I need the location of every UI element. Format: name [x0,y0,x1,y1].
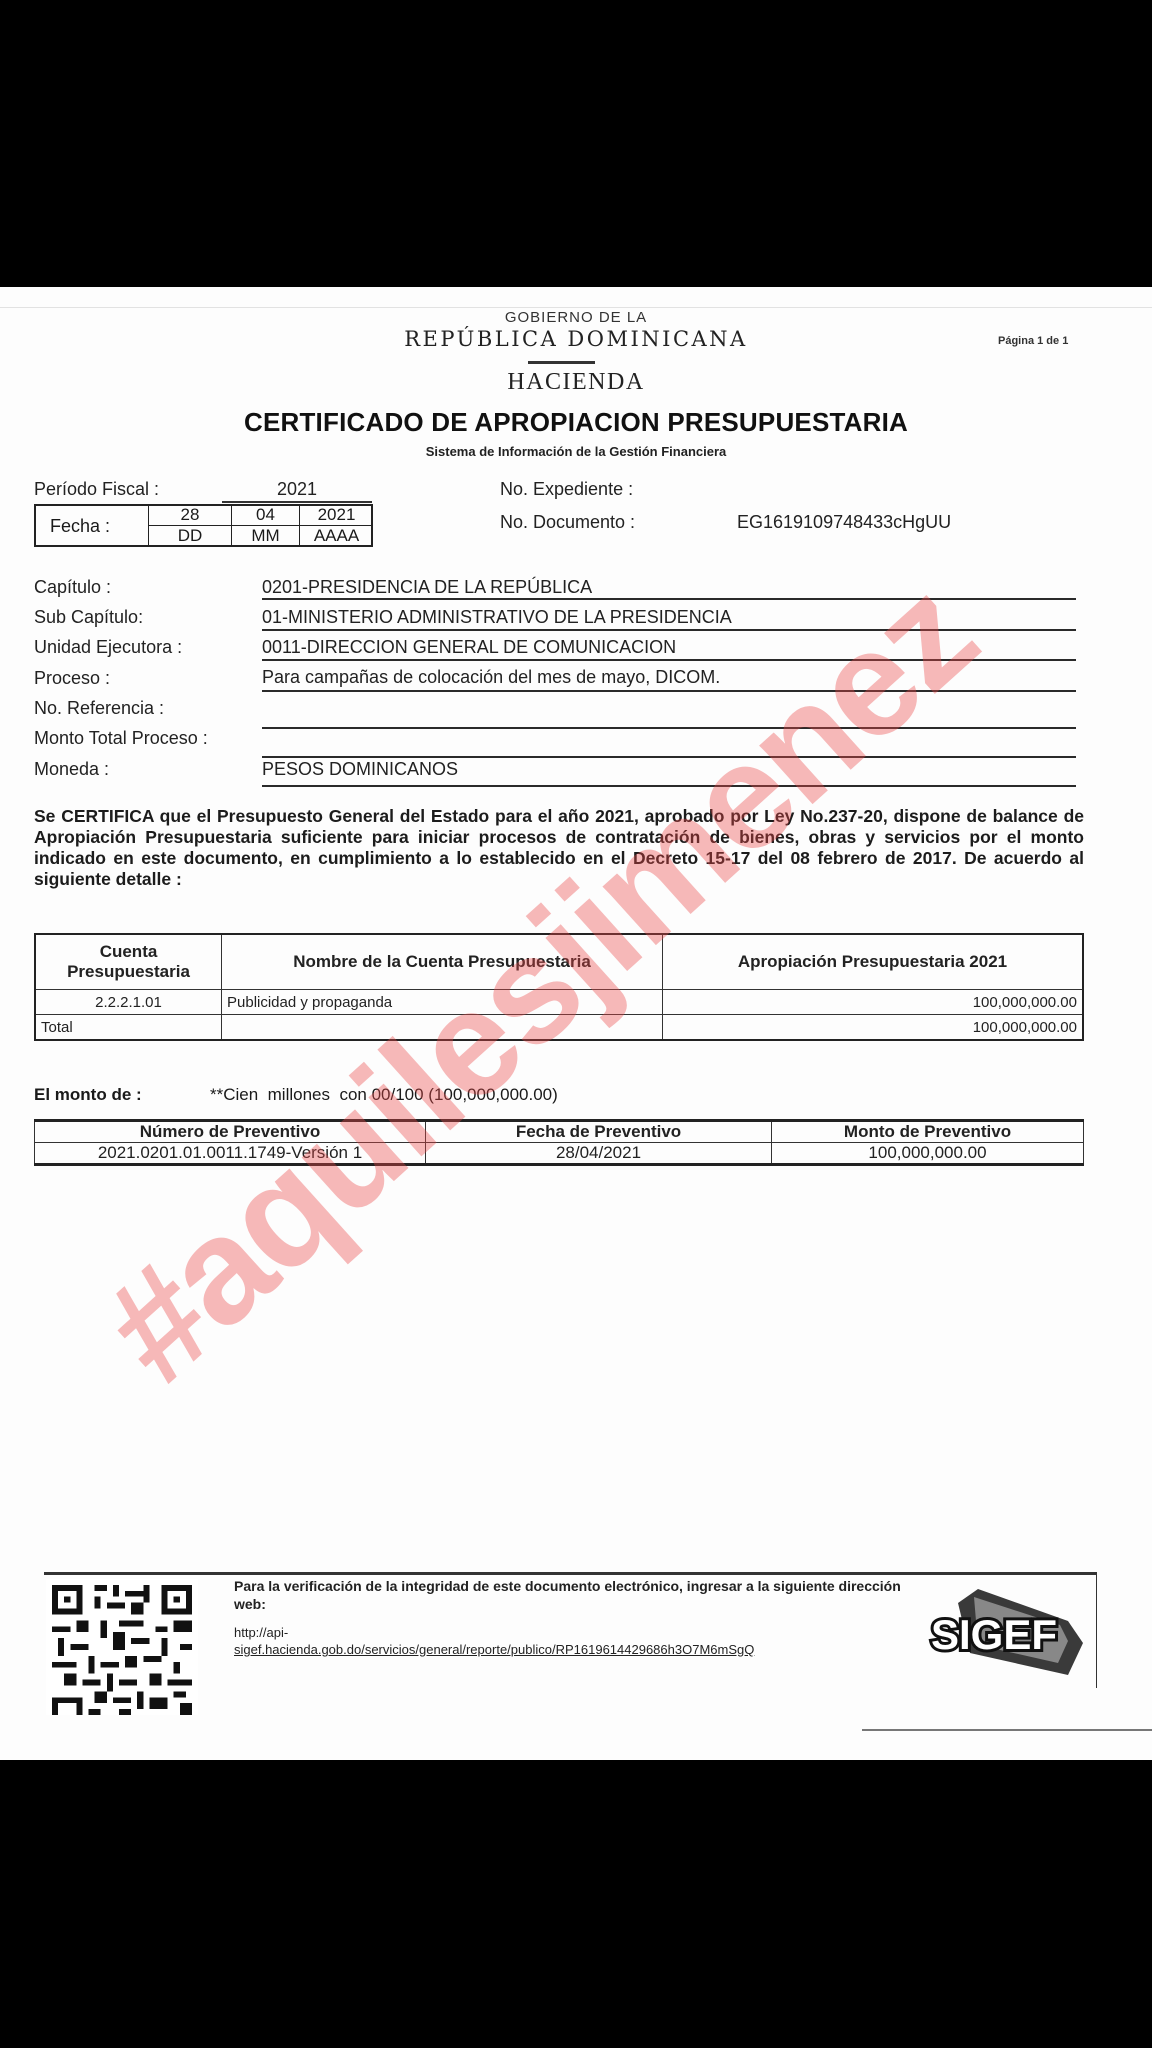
unidad-ejecutora-value: 0011-DIRECCION GENERAL DE COMUNICACION [262,637,676,658]
monto-value: **Cien millones con 00/100 (100,000,000.… [210,1085,558,1105]
gobierno-label: GOBIERNO DE LA [0,309,1152,326]
subcapitulo-label: Sub Capítulo: [34,607,143,628]
fecha-day: 28 [149,505,231,525]
field-underline [262,690,1076,692]
col-cuenta: Cuenta Presupuestaria [35,934,222,990]
republica-label: REPÚBLICA DOMINICANA [0,327,1152,351]
moneda-label: Moneda : [34,759,109,780]
fecha-label: Fecha : [50,516,110,537]
header-divider [528,361,595,364]
proceso-value: Para campañas de colocación del mes de m… [262,667,720,688]
footer-rule [862,1729,1152,1731]
field-underline [262,598,1076,600]
col-nombre: Nombre de la Cuenta Presupuestaria [222,934,663,990]
total-row: Total 100,000,000.00 [35,1015,1083,1041]
page-edge [0,307,1152,308]
nombre-cell: Publicidad y propaganda [222,990,663,1015]
fecha-dd-caption: DD [149,526,231,546]
referencia-label: No. Referencia : [34,698,164,719]
field-underline [262,659,1076,661]
col-apropiacion: Apropiación Presupuestaria 2021 [663,934,1084,990]
monto-cell: 100,000,000.00 [663,990,1084,1015]
table-row: 2.2.2.1.01 Publicidad y propaganda 100,0… [35,990,1083,1015]
fecha-mm-caption: MM [232,526,299,546]
subcapitulo-value: 01-MINISTERIO ADMINISTRATIVO DE LA PRESI… [262,607,732,628]
periodo-fiscal-value: 2021 [222,479,372,500]
verification-url[interactable]: http://api- sigef.hacienda.gob.do/servic… [234,1624,754,1658]
documento-value: EG1619109748433cHgUU [737,512,951,533]
table-header-row: Cuenta Presupuestaria Nombre de la Cuent… [35,934,1083,990]
url-line-1[interactable]: http://api- [234,1624,754,1641]
capitulo-value: 0201-PRESIDENCIA DE LA REPÚBLICA [262,577,592,598]
table-row: 2021.0201.01.0011.1749-Versión 1 28/04/2… [35,1143,1084,1165]
cuenta-cell: 2.2.2.1.01 [35,990,222,1015]
field-underline [262,727,1076,729]
total-label: Total [35,1015,222,1041]
total-value: 100,000,000.00 [663,1015,1084,1041]
certification-text: Se CERTIFICA que el Presupuesto General … [34,806,1084,890]
periodo-underline [222,501,372,503]
verification-instructions: Para la verificación de la integridad de… [234,1577,934,1613]
col-monto-preventivo: Monto de Preventivo [772,1121,1084,1143]
qr-code-icon[interactable] [46,1579,198,1715]
certificate-page: GOBIERNO DE LA REPÚBLICA DOMINICANA HACI… [0,287,1152,1760]
sigef-logo-icon: SIGEF [918,1583,1086,1683]
field-underline [262,785,1076,787]
hacienda-label: HACIENDA [0,369,1152,396]
fecha-month: 04 [232,505,299,525]
document-title: CERTIFICADO DE APROPIACION PRESUPUESTARI… [0,407,1152,438]
fecha-preventivo: 28/04/2021 [426,1143,772,1165]
svg-text:SIGEF: SIGEF [931,1611,1057,1658]
document-subtitle: Sistema de Información de la Gestión Fin… [0,444,1152,459]
budget-table: Cuenta Presupuestaria Nombre de la Cuent… [34,933,1084,1041]
monto-preventivo: 100,000,000.00 [772,1143,1084,1165]
url-line-2[interactable]: sigef.hacienda.gob.do/servicios/general/… [234,1641,754,1658]
monto-total-label: Monto Total Proceso : [34,728,208,749]
fecha-year: 2021 [300,505,373,525]
moneda-value: PESOS DOMINICANOS [262,759,458,780]
total-empty [222,1015,663,1041]
table-header-row: Número de Preventivo Fecha de Preventivo… [35,1121,1084,1143]
fecha-box: Fecha : 28 04 2021 DD MM AAAA [34,504,373,547]
documento-label: No. Documento : [500,512,635,533]
field-underline [262,756,1076,758]
page-indicator: Página 1 de 1 [998,335,1068,347]
capitulo-label: Capítulo : [34,577,111,598]
periodo-fiscal-label: Período Fiscal : [34,479,159,500]
col-fecha-preventivo: Fecha de Preventivo [426,1121,772,1143]
field-underline [262,629,1076,631]
numero-preventivo: 2021.0201.01.0011.1749-Versión 1 [35,1143,426,1165]
preventivo-table: Número de Preventivo Fecha de Preventivo… [34,1119,1084,1166]
fecha-aaaa-caption: AAAA [300,526,373,546]
expediente-label: No. Expediente : [500,479,633,500]
proceso-label: Proceso : [34,668,110,689]
col-numero-preventivo: Número de Preventivo [35,1121,426,1143]
monto-label: El monto de : [34,1085,142,1105]
unidad-ejecutora-label: Unidad Ejecutora : [34,637,182,658]
